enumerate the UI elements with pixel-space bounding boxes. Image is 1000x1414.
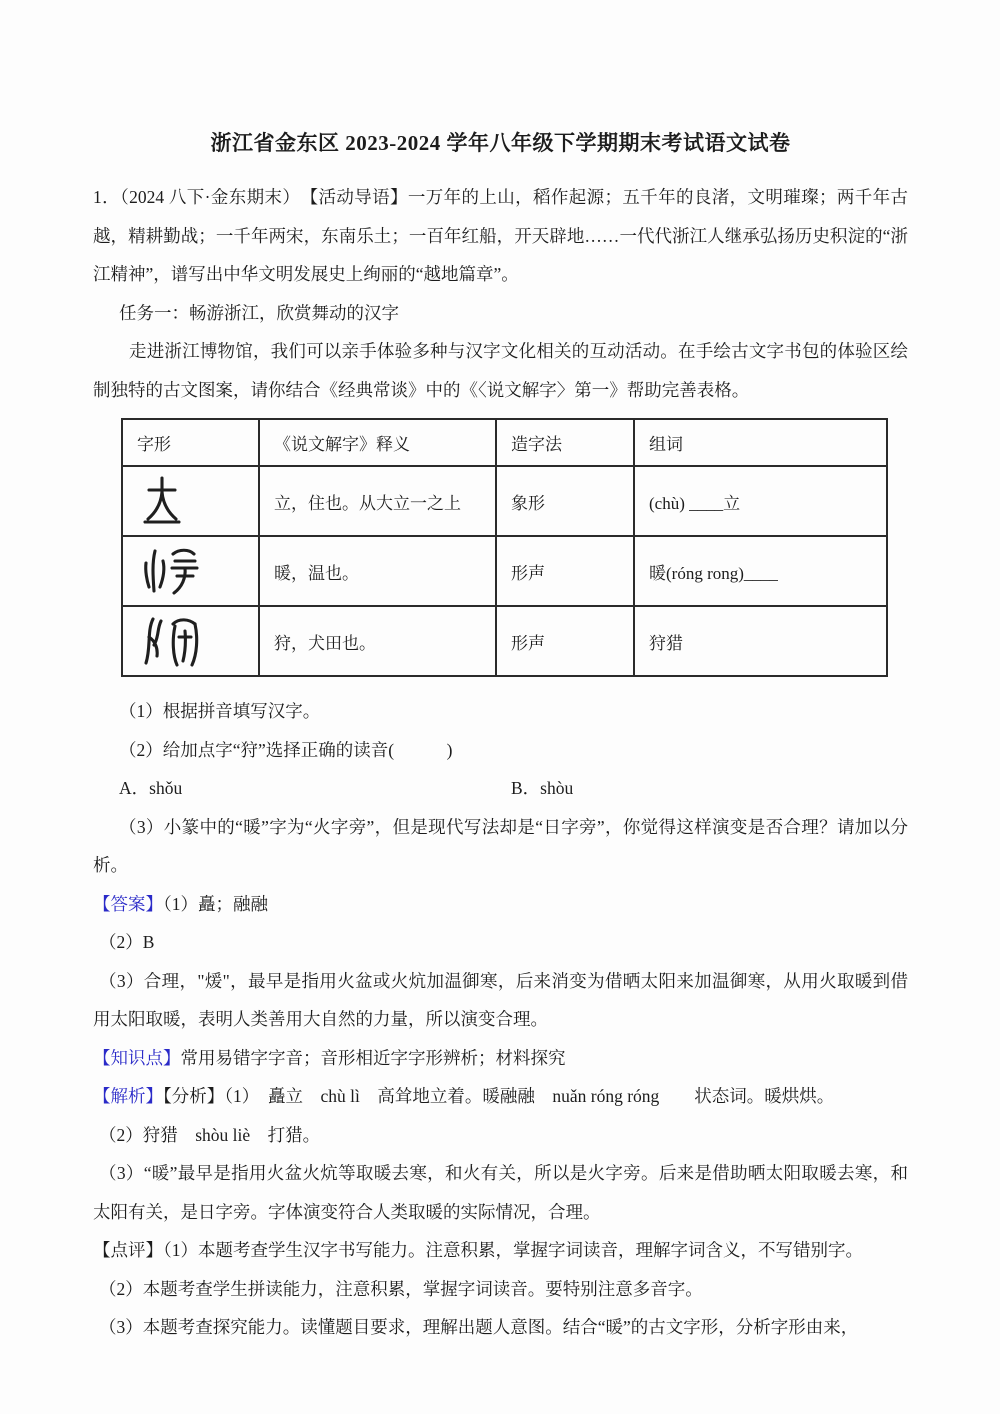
option-b: B．shòu [511, 778, 573, 798]
table-header-row: 字形 《说文解字》释义 造字法 组词 [122, 419, 887, 466]
cell-word: 暖(róng rong)____ [634, 536, 887, 606]
analysis-1-text: （1） 矗立 chù lì 高耸地立着。暖融融 nuǎn róng róng 状… [224, 1086, 834, 1106]
shuowen-table: 字形 《说文解字》释义 造字法 组词 [121, 418, 888, 677]
sub-question-1: （1）根据拼音填写汉字。 [93, 692, 908, 731]
sub-question-3: （3）小篆中的“暖”字为“火字旁”，但是现代写法却是“日字旁”，你觉得这样演变是… [93, 808, 908, 885]
analysis-line-2: （2）狩猎 shòu liè 打猎。 [93, 1116, 908, 1155]
document-content: 浙江省金东区 2023-2024 学年八年级下学期期末考试语文试卷 1．（202… [0, 0, 1000, 1347]
question-intro: 1．（2024 八下·金东期末） 【活动导语】一万年的上山，稻作起源；五千年的良… [93, 178, 908, 294]
header-zuci: 组词 [634, 419, 887, 466]
seal-script-shou-glyph-cell [122, 606, 259, 676]
table-row: 暖，温也。 形声 暖(róng rong)____ [122, 536, 887, 606]
cell-word: 狩猎 [634, 606, 887, 676]
header-zixing: 字形 [122, 419, 259, 466]
comment-label: 【点评】 [93, 1240, 163, 1260]
cell-meaning: 立，住也。从大立一之上 [259, 466, 496, 536]
seal-script-nuan-glyph-cell [122, 536, 259, 606]
answer-1-text: （1）矗；融融 [163, 894, 268, 914]
answer-line-3: （3）合理，"煖"，最早是指用火盆或火炕加温御寒，后来消变为借晒太阳来加温御寒，… [93, 962, 908, 1039]
comment-line-2: （2）本题考查学生拼读能力，注意积累，掌握字词读音。要特别注意多音字。 [93, 1270, 908, 1309]
task-heading: 任务一：畅游浙江，欣赏舞动的汉字 [93, 294, 908, 333]
knowledge-label: 【知识点】 [93, 1048, 181, 1068]
task-description: 走进浙江博物馆，我们可以亲手体验多种与汉字文化相关的互动活动。在手绘古文字书包的… [93, 332, 908, 409]
cell-method: 形声 [496, 606, 634, 676]
cell-word: (chù) ____立 [634, 466, 887, 536]
comment-line-3: （3）本题考查探究能力。读懂题目要求，理解出题人意图。结合“暖”的古文字形，分析… [93, 1308, 908, 1347]
answer-label: 【答案】 [93, 894, 163, 914]
analysis-label: 【解析】 [93, 1086, 163, 1106]
document-title: 浙江省金东区 2023-2024 学年八年级下学期期末考试语文试卷 [93, 128, 908, 158]
cell-method: 象形 [496, 466, 634, 536]
header-shiyi: 《说文解字》释义 [259, 419, 496, 466]
header-zaozifa: 造字法 [496, 419, 634, 466]
option-a: A．shǒu [119, 769, 511, 808]
cell-meaning: 暖，温也。 [259, 536, 496, 606]
analysis-line-1: 【解析】【分析】（1） 矗立 chù lì 高耸地立着。暖融融 nuǎn rón… [93, 1077, 908, 1116]
seal-script-li-glyph-cell [122, 466, 259, 536]
analysis-line-3: （3）“暖”最早是指用火盆火炕等取暖去寒，和火有关，所以是火字旁。后来是借助晒太… [93, 1154, 908, 1231]
knowledge-points-line: 【知识点】常用易错字字音；音形相近字字形辨析；材料探究 [93, 1039, 908, 1078]
table-row: 立，住也。从大立一之上 象形 (chù) ____立 [122, 466, 887, 536]
seal-script-li-icon [139, 474, 185, 528]
comment-line-1: 【点评】（1）本题考查学生汉字书写能力。注意积累，掌握字词读音，理解字词含义，不… [93, 1231, 908, 1270]
sub-question-2: （2）给加点字“狩”选择正确的读音( ) [93, 731, 908, 770]
exam-document-page: 浙江省金东区 2023-2024 学年八年级下学期期末考试语文试卷 1．（202… [0, 0, 1000, 1414]
seal-script-nuan-icon [139, 544, 203, 598]
seal-script-shou-icon [139, 614, 203, 668]
table-row: 狩，犬田也。 形声 狩猎 [122, 606, 887, 676]
answer-options: A．shǒuB．shòu [93, 769, 908, 808]
comment-1-text: （1）本题考查学生汉字书写能力。注意积累，掌握字词读音，理解字词含义，不写错别字… [163, 1240, 863, 1260]
answer-line-1: 【答案】（1）矗；融融 [93, 885, 908, 924]
answer-line-2: （2）B [93, 923, 908, 962]
analysis-sublabel: 【分析】 [163, 1086, 224, 1106]
cell-meaning: 狩，犬田也。 [259, 606, 496, 676]
knowledge-text: 常用易错字字音；音形相近字字形辨析；材料探究 [181, 1048, 566, 1068]
cell-method: 形声 [496, 536, 634, 606]
